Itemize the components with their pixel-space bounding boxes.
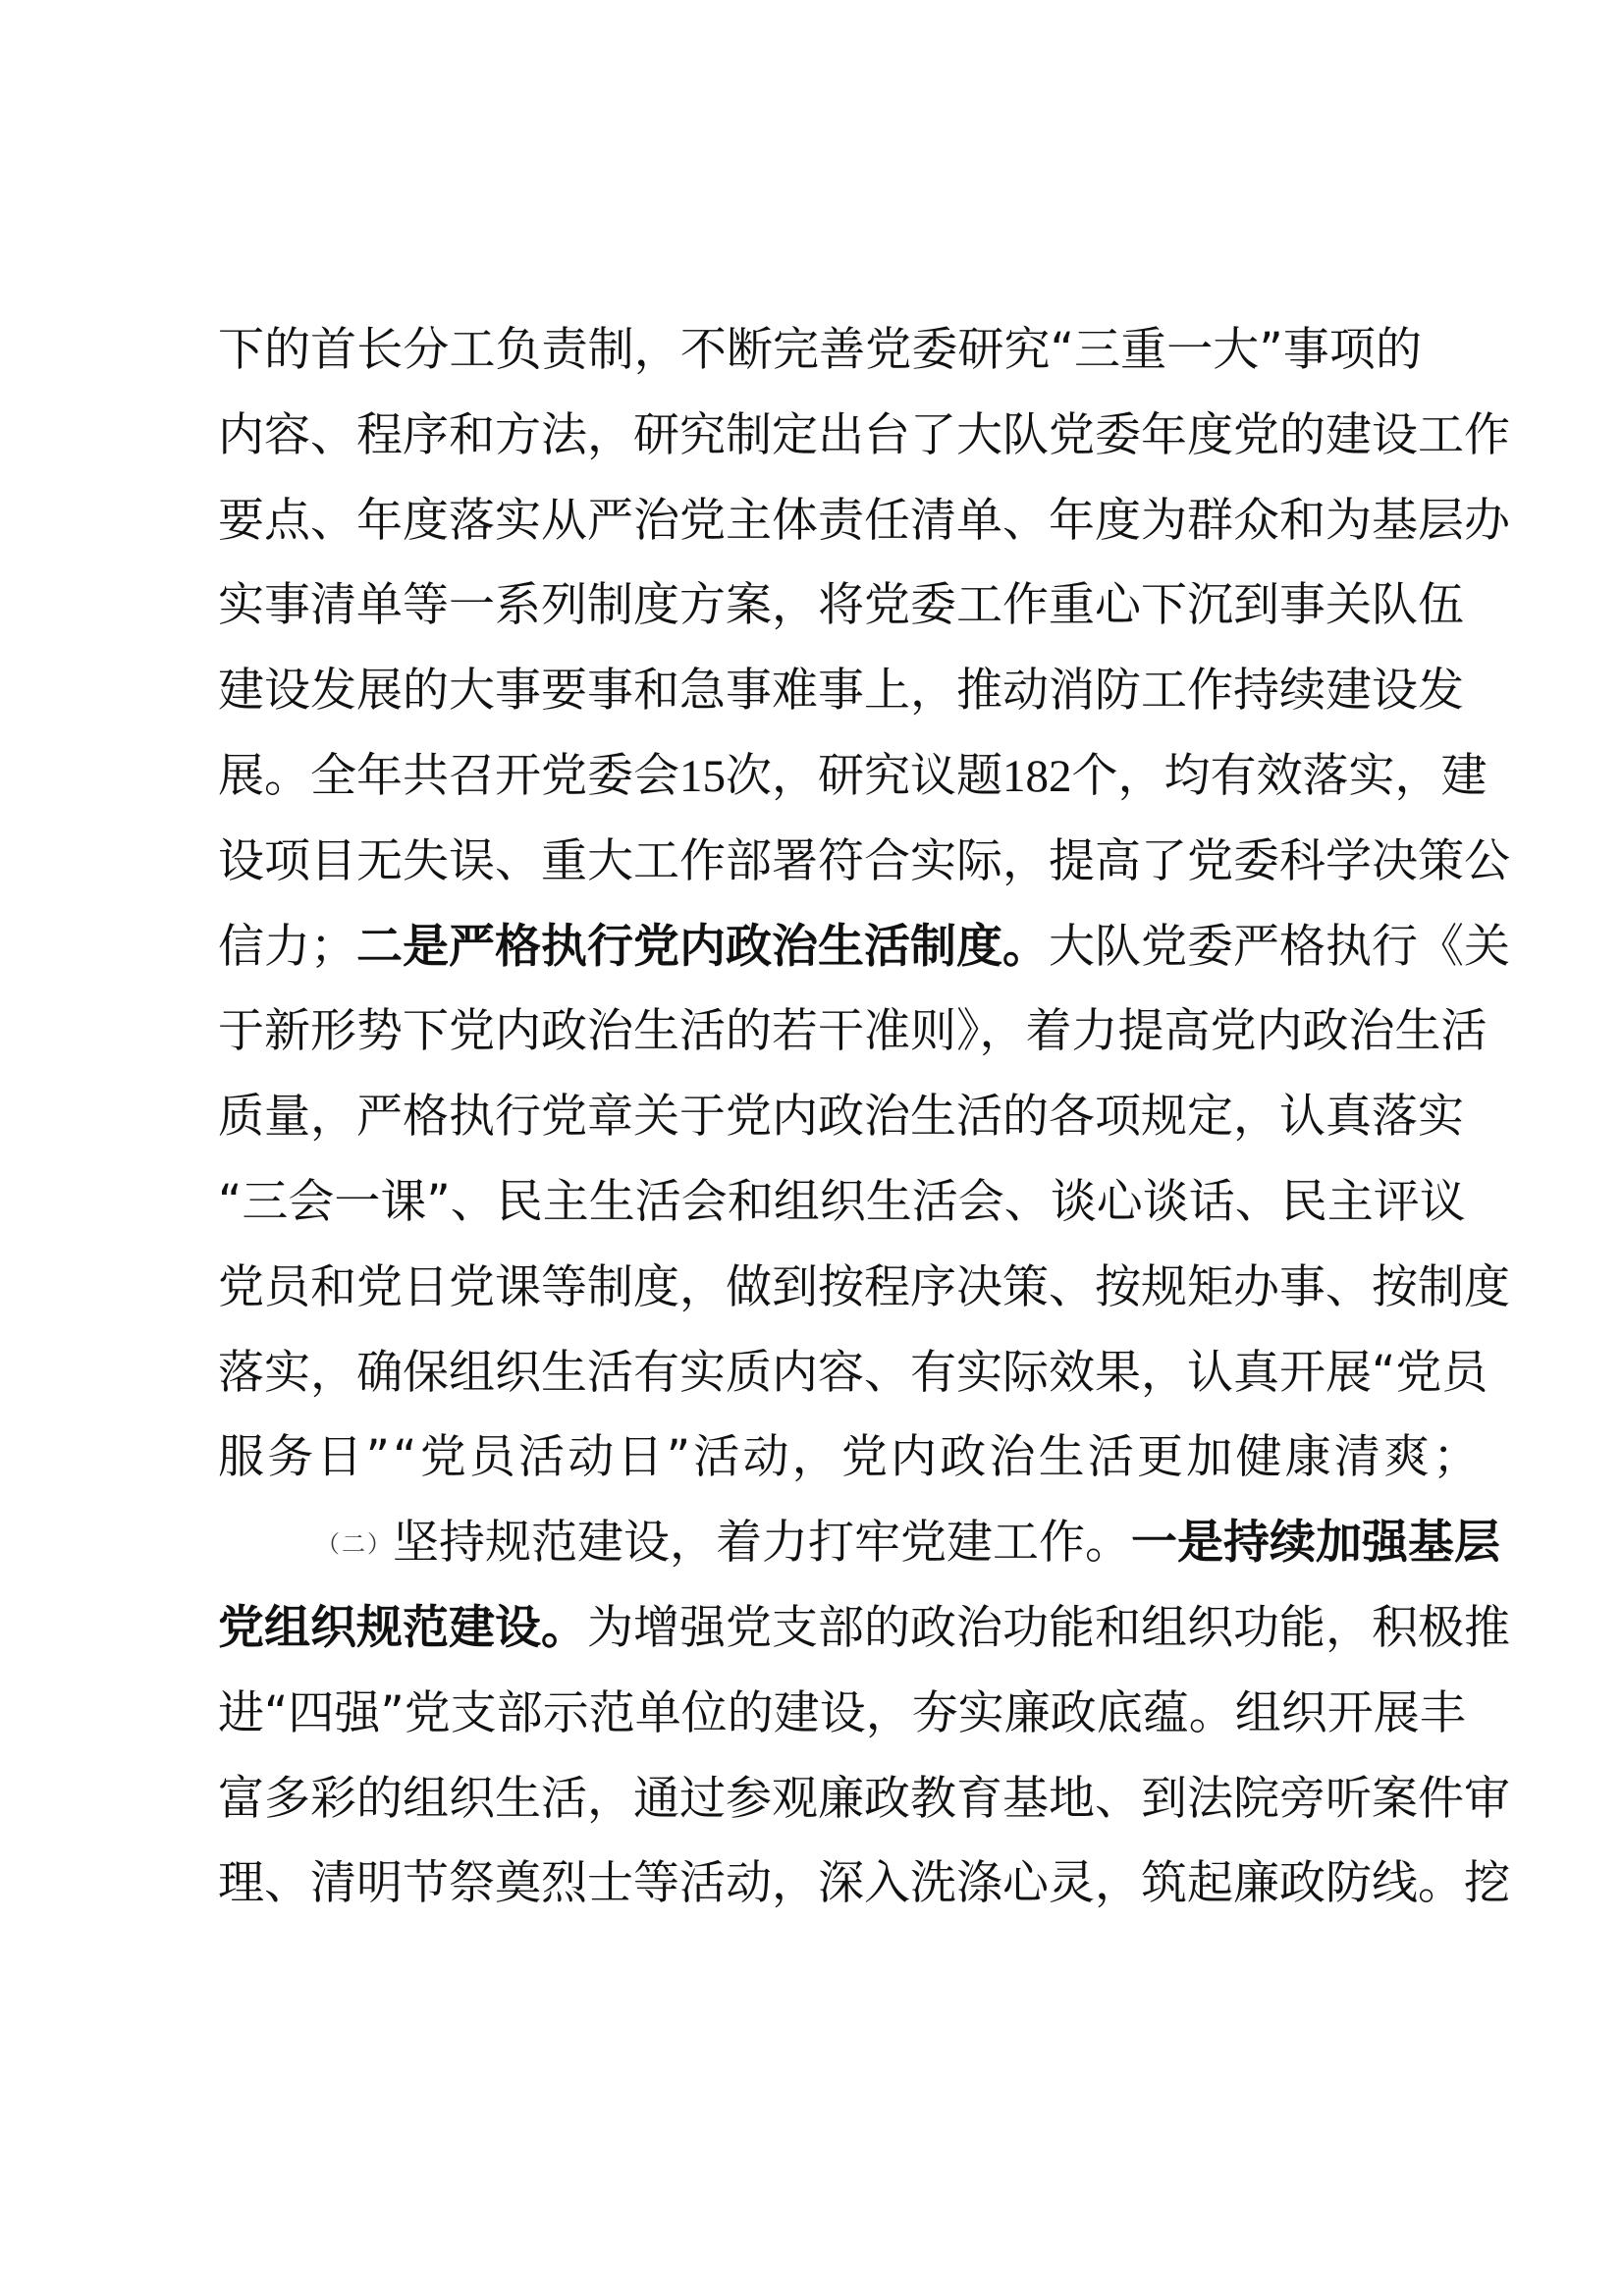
body-text-run: 下的首长分工负责制，不断完善党委研究“三重一大”事项的 — [218, 323, 1422, 377]
body-text-run: 182 — [1002, 751, 1072, 802]
section-number: （二） — [316, 1530, 393, 1558]
bold-heading-text: 二是严格执行党内政治生活制度。 — [356, 920, 1049, 974]
body-text-run: 于新形势下党内政治生活的若干准则》，着力提高党内政治生活 — [218, 1004, 1488, 1058]
text-line: 展。全年共召开党委会15次，研究议题182个，均有效落实，建 — [218, 742, 1422, 828]
text-line: 信力；二是严格执行党内政治生活制度。大队党委严格执行《关 — [218, 913, 1422, 998]
text-line: 党员和党日党课等制度，做到按程序决策、按规矩办事、按制度 — [218, 1254, 1422, 1339]
text-line: 实事清单等一系列制度方案，将党委工作重心下沉到事关队伍 — [218, 571, 1422, 657]
body-text-run: 信力； — [218, 920, 356, 974]
body-text-run: 坚持规范建设，着力打牢党建工作。 — [393, 1516, 1131, 1570]
body-text-run: 设项目无失误、重大工作部署符合实际，提高了党委科学决策公 — [218, 834, 1510, 888]
body-text-run: 建设发展的大事要事和急事难事上，推动消防工作持续建设发 — [218, 664, 1464, 718]
body-text-run: 质量，严格执行党章关于党内政治生活的各项规定，认真落实 — [218, 1090, 1464, 1144]
text-line: 设项目无失误、重大工作部署符合实际，提高了党委科学决策公 — [218, 828, 1422, 913]
body-text-run: 服务日”“党员活动日”活动，党内政治生活更加健康清爽； — [218, 1430, 1482, 1484]
text-line: 建设发展的大事要事和急事难事上，推动消防工作持续建设发 — [218, 657, 1422, 742]
text-line: 进“四强”党支部示范单位的建设，夯实廉政底蕴。组织开展丰 — [218, 1680, 1422, 1765]
body-text-run: 展。全年共召开党委会 — [218, 749, 679, 803]
text-line: 质量，严格执行党章关于党内政治生活的各项规定，认真落实 — [218, 1083, 1422, 1168]
body-text-run: 党员和党日党课等制度，做到按程序决策、按规矩办事、按制度 — [218, 1260, 1510, 1314]
body-text-run: 落实，确保组织生活有实质内容、有实际效果，认真开展“党员 — [218, 1346, 1488, 1400]
text-line: 党组织规范建设。为增强党支部的政治功能和组织功能，积极推 — [218, 1594, 1422, 1680]
body-text-run: 富多彩的组织生活，通过参观廉政教育基地、到法院旁听案件审 — [218, 1772, 1510, 1826]
body-text-run: 理、清明节祭奠烈士等活动，深入洗涤心灵，筑起廉政防线。挖 — [218, 1856, 1510, 1910]
bold-heading-text: 一是持续加强基层 — [1131, 1516, 1500, 1570]
text-line: 下的首长分工负责制，不断完善党委研究“三重一大”事项的 — [218, 316, 1422, 401]
body-text: 下的首长分工负责制，不断完善党委研究“三重一大”事项的 内容、程序和方法，研究制… — [218, 316, 1422, 1935]
body-text-run: 15 — [679, 751, 726, 802]
section-heading-line: （二）坚持规范建设，着力打牢党建工作。一是持续加强基层 — [218, 1509, 1422, 1594]
text-line: 于新形势下党内政治生活的若干准则》，着力提高党内政治生活 — [218, 997, 1422, 1083]
body-text-run: 要点、年度落实从严治党主体责任清单、年度为群众和为基层办 — [218, 494, 1510, 548]
paragraph-end-line: 服务日”“党员活动日”活动，党内政治生活更加健康清爽； — [218, 1423, 1422, 1509]
body-text-run: 内容、程序和方法，研究制定出台了大队党委年度党的建设工作 — [218, 408, 1510, 462]
text-line: 理、清明节祭奠烈士等活动，深入洗涤心灵，筑起廉政防线。挖 — [218, 1849, 1422, 1935]
text-line: 落实，确保组织生活有实质内容、有实际效果，认真开展“党员 — [218, 1339, 1422, 1424]
bold-heading-text: 党组织规范建设。 — [218, 1601, 587, 1655]
body-text-run: 实事清单等一系列制度方案，将党委工作重心下沉到事关队伍 — [218, 578, 1464, 632]
body-text-run: 大队党委严格执行《关 — [1049, 920, 1510, 974]
text-line: 要点、年度落实从严治党主体责任清单、年度为群众和为基层办 — [218, 487, 1422, 572]
body-text-run: 次，研究议题 — [726, 749, 1002, 803]
text-line: 富多彩的组织生活，通过参观廉政教育基地、到法院旁听案件审 — [218, 1765, 1422, 1850]
body-text-run: 为增强党支部的政治功能和组织功能，积极推 — [587, 1601, 1510, 1655]
body-text-run: “三会一课”、民主生活会和组织生活会、谈心谈话、民主评议 — [218, 1175, 1466, 1229]
body-text-run: 进“四强”党支部示范单位的建设，夯实廉政底蕴。组织开展丰 — [218, 1686, 1466, 1740]
text-line: 内容、程序和方法，研究制定出台了大队党委年度党的建设工作 — [218, 401, 1422, 487]
body-text-run: 个，均有效落实，建 — [1072, 749, 1488, 803]
text-line: “三会一课”、民主生活会和组织生活会、谈心谈话、民主评议 — [218, 1168, 1422, 1254]
document-page: 下的首长分工负责制，不断完善党委研究“三重一大”事项的 内容、程序和方法，研究制… — [0, 0, 1623, 2296]
